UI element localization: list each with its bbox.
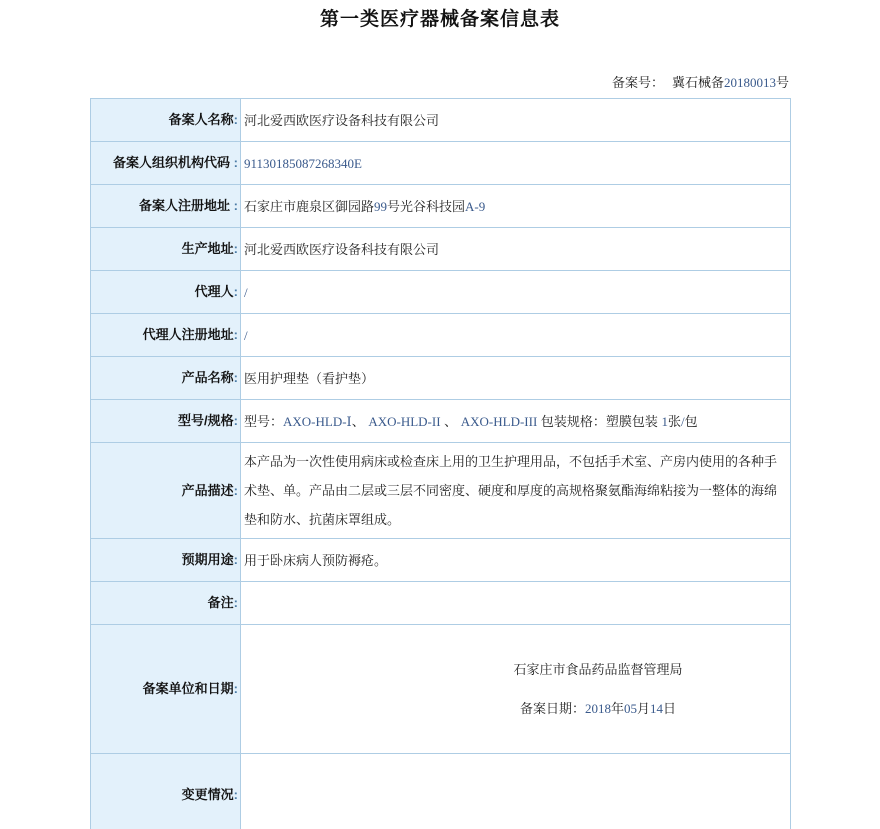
intended-use-value: 用于卧床病人预防褥疮。 xyxy=(241,539,791,582)
label-colon: : xyxy=(234,198,238,213)
changes-label-cell: 变更情况: xyxy=(91,754,241,829)
label-colon: : xyxy=(234,787,238,802)
remarks-label-cell: 备注: xyxy=(91,582,241,625)
agent-address-label-cell: 代理人注册地址: xyxy=(91,314,241,357)
agent-value: / xyxy=(241,271,791,314)
remarks-value xyxy=(241,582,791,625)
row-intended-use: 预期用途: 用于卧床病人预防褥疮。 xyxy=(91,539,791,582)
row-label: 产品名称 xyxy=(182,370,234,385)
product-description-label-cell: 产品描述: xyxy=(91,443,241,539)
registered-address-value: 石家庄市鹿泉区御园路99号光谷科技园A-9 xyxy=(241,185,791,228)
product-name-label-cell: 产品名称: xyxy=(91,357,241,400)
label-colon: : xyxy=(234,595,238,610)
row-filing-authority-date: 备案单位和日期: 石家庄市食品药品监督管理局 备案日期：2018年05月14日 xyxy=(91,625,791,754)
row-label: 预期用途 xyxy=(182,552,234,567)
label-colon: : xyxy=(234,241,238,256)
filing-authority-label-cell: 备案单位和日期: xyxy=(91,625,241,754)
agent-address-value: / xyxy=(241,314,791,357)
filing-authority-value: 石家庄市食品药品监督管理局 备案日期：2018年05月14日 xyxy=(241,625,791,754)
org-code-value: 91130185087268340E xyxy=(241,142,791,185)
row-label: 代理人 xyxy=(195,284,234,299)
label-colon: : xyxy=(234,413,238,428)
label-colon: : xyxy=(234,552,238,567)
intended-use-label-cell: 预期用途: xyxy=(91,539,241,582)
filing-number-line: 备案号：冀石械备20180013号 xyxy=(90,72,790,91)
row-registered-address: 备案人注册地址 : 石家庄市鹿泉区御园路99号光谷科技园A-9 xyxy=(91,185,791,228)
filing-date: 备案日期：2018年05月14日 xyxy=(414,699,782,718)
row-changes: 变更情况: xyxy=(91,754,791,829)
filer-name-label-cell: 备案人名称: xyxy=(91,99,241,142)
label-colon: : xyxy=(234,370,238,385)
product-name-value: 医用护理垫（看护垫） xyxy=(241,357,791,400)
model-spec-label-cell: 型号/规格: xyxy=(91,400,241,443)
row-production-address: 生产地址: 河北爱西欧医疗设备科技有限公司 xyxy=(91,228,791,271)
filer-name-value: 河北爱西欧医疗设备科技有限公司 xyxy=(241,99,791,142)
changes-value xyxy=(241,754,791,829)
row-model-spec: 型号/规格: 型号：AXO-HLD-Ⅰ、 AXO-HLD-II 、 AXO-HL… xyxy=(91,400,791,443)
filing-authority-name: 石家庄市食品药品监督管理局 xyxy=(414,660,782,679)
row-label: 生产地址 xyxy=(182,241,234,256)
row-org-code: 备案人组织机构代码 : 91130185087268340E xyxy=(91,142,791,185)
page-title: 第一类医疗器械备案信息表 xyxy=(0,8,880,32)
row-label: 备案人名称 xyxy=(169,112,234,127)
org-code-label-cell: 备案人组织机构代码 : xyxy=(91,142,241,185)
row-agent-address: 代理人注册地址: / xyxy=(91,314,791,357)
label-colon: : xyxy=(234,681,238,696)
filing-info-table: 备案人名称: 河北爱西欧医疗设备科技有限公司 备案人组织机构代码 : 91130… xyxy=(90,98,791,829)
row-label: 备注 xyxy=(208,595,234,610)
row-product-name: 产品名称: 医用护理垫（看护垫） xyxy=(91,357,791,400)
row-filer-name: 备案人名称: 河北爱西欧医疗设备科技有限公司 xyxy=(91,99,791,142)
agent-label-cell: 代理人: xyxy=(91,271,241,314)
row-label: 备案人注册地址 xyxy=(139,198,234,213)
row-label: 型号/规格 xyxy=(178,413,234,428)
row-label: 备案人组织机构代码 xyxy=(113,155,234,170)
row-product-description: 产品描述: 本产品为一次性使用病床或检查床上用的卫生护理用品，不包括手术室、产房… xyxy=(91,443,791,539)
row-label: 代理人注册地址 xyxy=(143,327,234,342)
label-colon: : xyxy=(234,327,238,342)
model-spec-value: 型号：AXO-HLD-Ⅰ、 AXO-HLD-II 、 AXO-HLD-III 包… xyxy=(241,400,791,443)
filing-authority-block: 石家庄市食品药品监督管理局 备案日期：2018年05月14日 xyxy=(244,660,782,718)
row-label: 变更情况 xyxy=(182,787,234,802)
label-colon: : xyxy=(234,483,238,498)
row-label: 备案单位和日期 xyxy=(143,681,234,696)
label-colon: : xyxy=(234,155,238,170)
production-address-label-cell: 生产地址: xyxy=(91,228,241,271)
product-description-value: 本产品为一次性使用病床或检查床上用的卫生护理用品，不包括手术室、产房内使用的各种… xyxy=(241,443,791,539)
registered-address-label-cell: 备案人注册地址 : xyxy=(91,185,241,228)
filing-number-label: 备案号： xyxy=(612,75,664,90)
row-agent: 代理人: / xyxy=(91,271,791,314)
production-address-value: 河北爱西欧医疗设备科技有限公司 xyxy=(241,228,791,271)
filing-number-value: 冀石械备20180013号 xyxy=(672,75,789,90)
label-colon: : xyxy=(234,112,238,127)
row-remarks: 备注: xyxy=(91,582,791,625)
label-colon: : xyxy=(234,284,238,299)
row-label: 产品描述 xyxy=(182,483,234,498)
